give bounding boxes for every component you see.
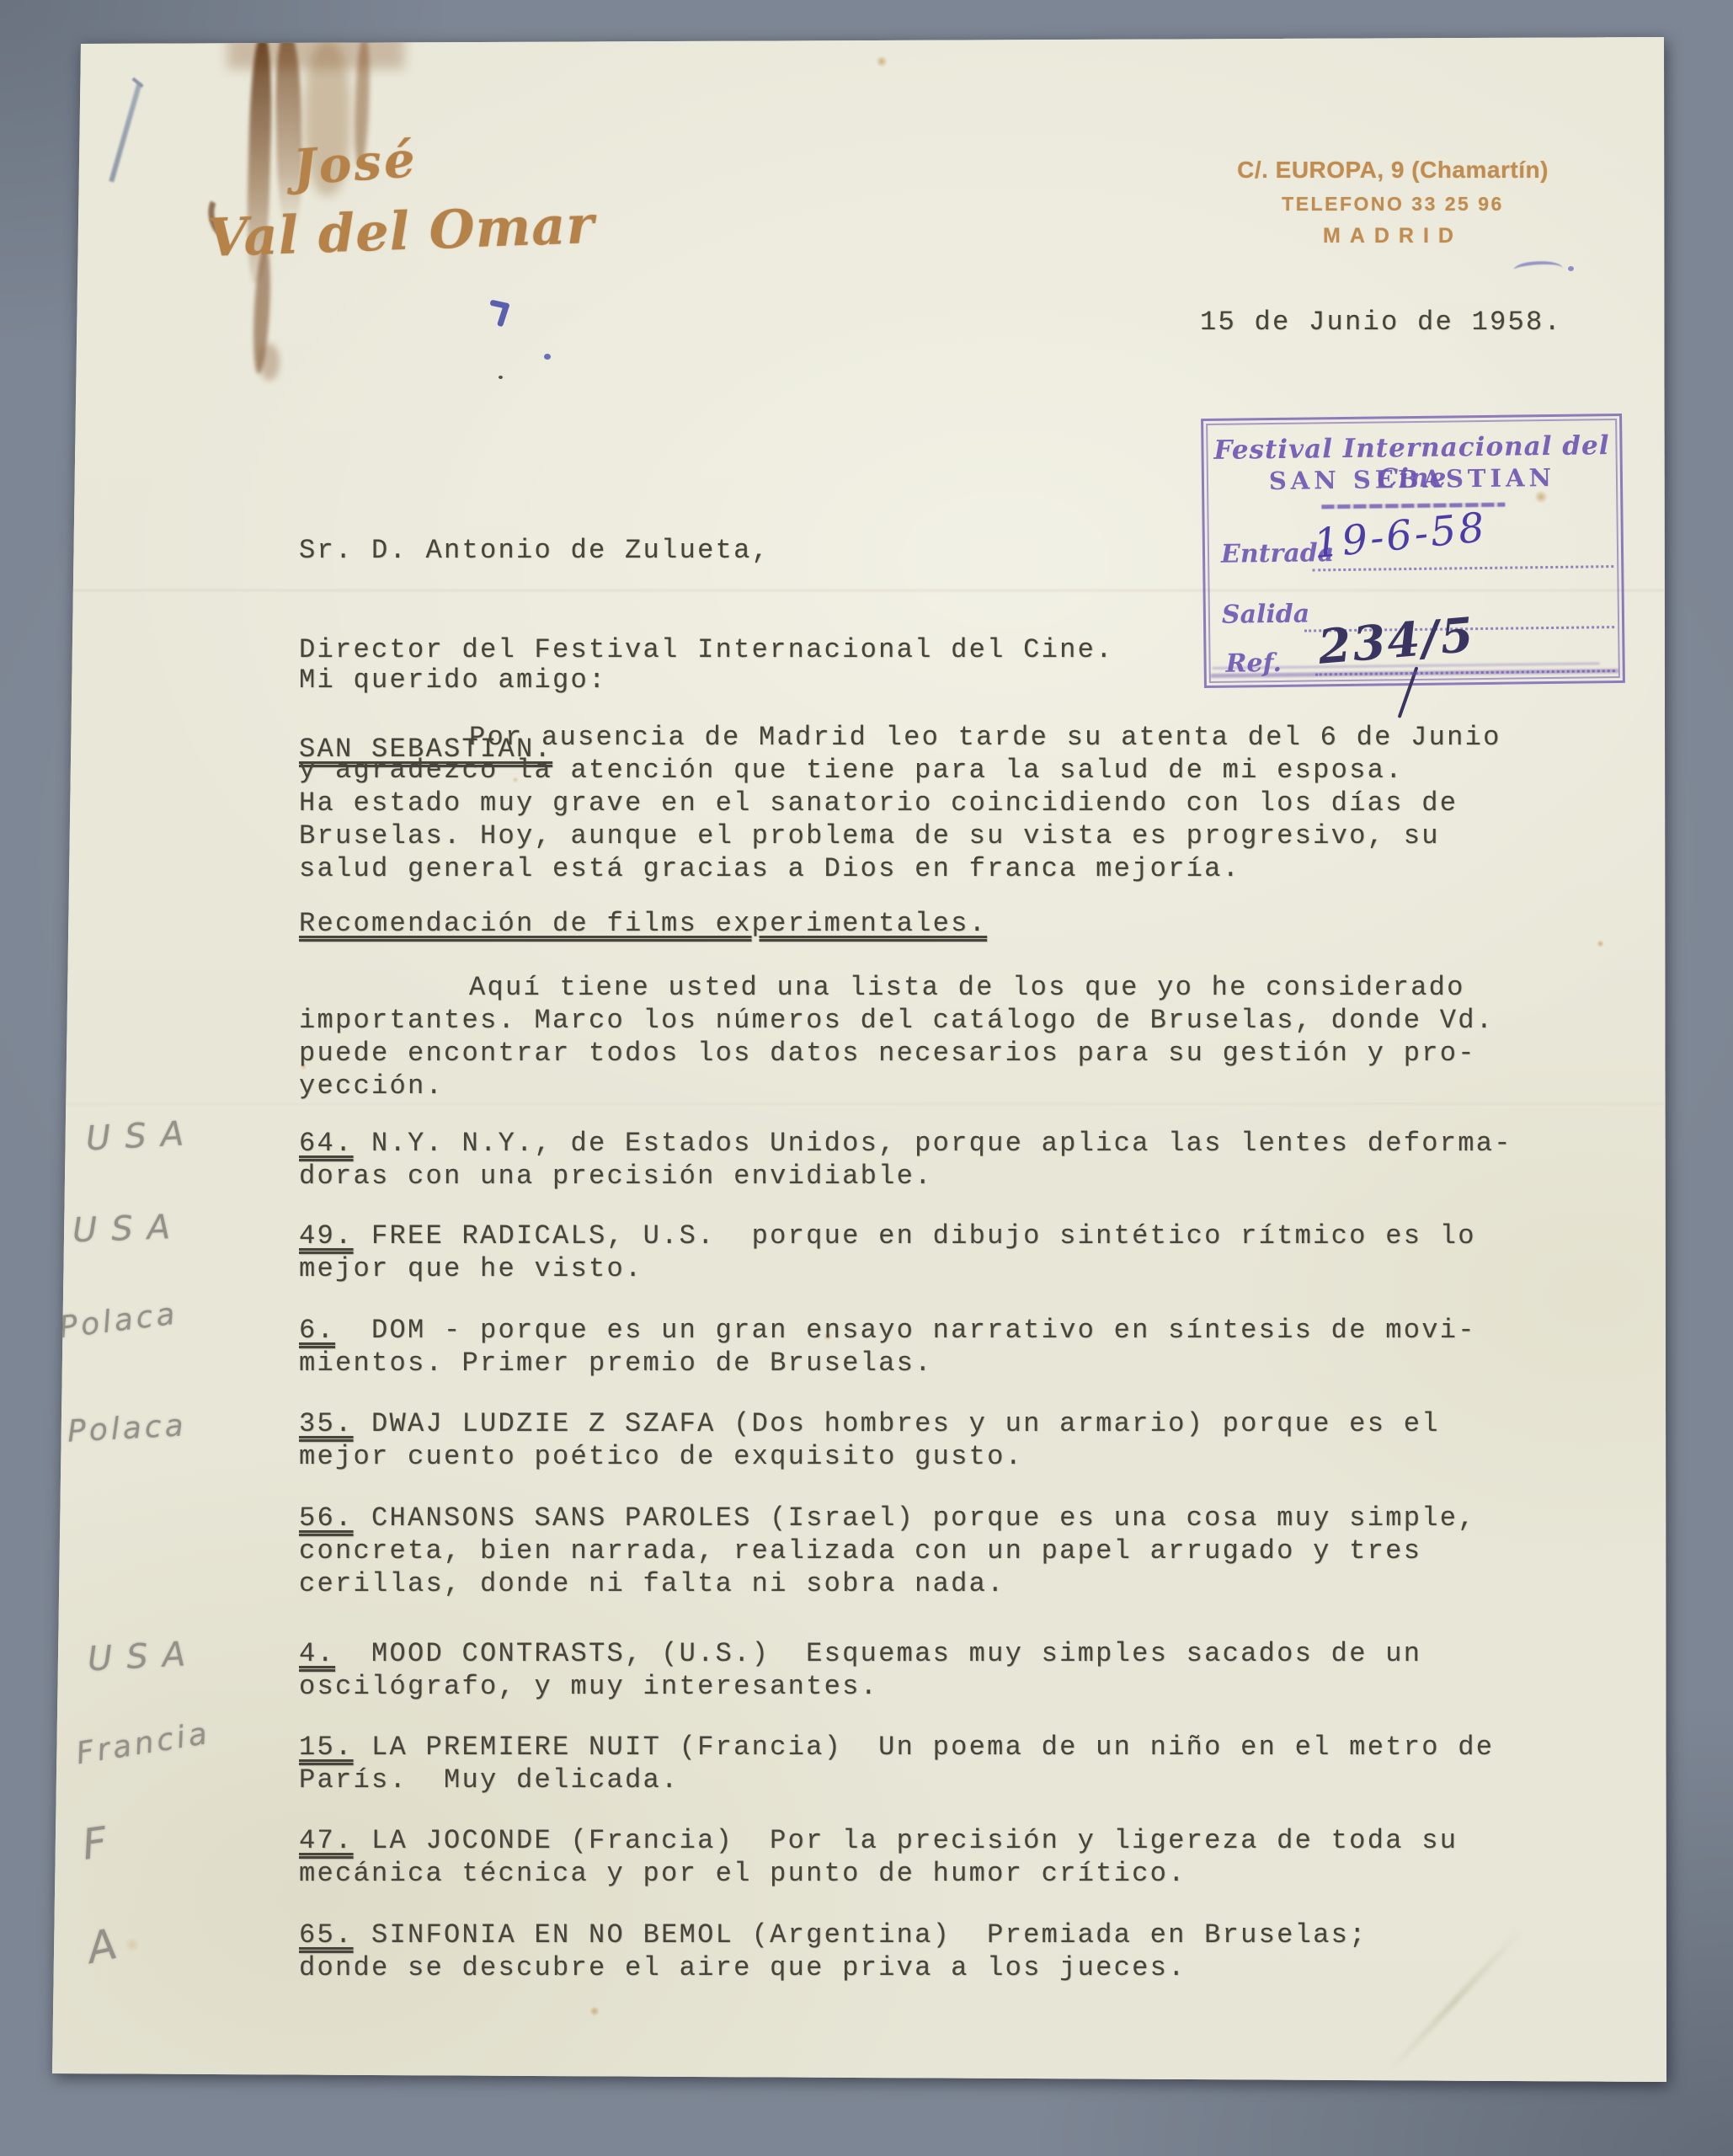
film-number: 56.: [299, 1502, 354, 1534]
letterhead-logo-first-name: José: [291, 131, 419, 196]
letterhead-street: C/. EUROPA, 9 (Chamartín): [1202, 157, 1583, 184]
section-heading: Recomendación de films experimentales.: [299, 907, 987, 940]
film-text: FREE RADICALS, U.S. porque en dibujo sin…: [299, 1220, 1476, 1284]
stamp-salida-label: Salida: [1222, 600, 1310, 630]
film-text: SINFONIA EN NO BEMOL (Argentina) Premiad…: [299, 1919, 1368, 1983]
foxing-spot: [125, 1937, 140, 1952]
foxing-spot: [1597, 940, 1604, 947]
film-text: DOM - porque es un gran ensayo narrativo…: [299, 1315, 1476, 1379]
letterhead-address: C/. EUROPA, 9 (Chamartín) TELEFONO 33 25…: [1202, 157, 1583, 248]
salutation: Mi querido amigo:: [299, 664, 607, 696]
scratch-mark: [109, 83, 141, 183]
ink-scribble-dot: [1568, 266, 1574, 271]
margin-note-country: A: [83, 1919, 121, 1973]
film-item: 4. MOOD CONTRASTS, (U.S.) Esquemas muy s…: [299, 1637, 1587, 1703]
foxing-spot: [589, 2006, 600, 2016]
film-text: DWAJ LUDZIE Z SZAFA (Dos hombres y un ar…: [299, 1408, 1440, 1472]
recipient-title: Director del Festival Internacional del …: [299, 633, 1114, 667]
film-number: 49.: [299, 1220, 354, 1251]
recipient-name: Sr. D. Antonio de Zulueta,: [299, 534, 1114, 568]
film-number: 15.: [299, 1732, 354, 1763]
margin-note-country: Polaca: [57, 1297, 180, 1346]
letterhead-telephone: TELEFONO 33 25 96: [1202, 193, 1583, 216]
film-item: 6. DOM - porque es un gran ensayo narrat…: [299, 1314, 1587, 1380]
film-text: N.Y. N.Y., de Estados Unidos, porque apl…: [299, 1128, 1512, 1192]
paper-shadow: José Val del Omar C/. EUROPA, 9 (Chamart…: [0, 0, 1733, 2156]
film-number: 65.: [299, 1919, 354, 1951]
date-line: 15 de Junio de 1958.: [1200, 306, 1562, 339]
margin-note-country: USA: [72, 1208, 185, 1251]
film-item: 49. FREE RADICALS, U.S. porque en dibujo…: [299, 1219, 1587, 1285]
margin-note-country: Polaca: [67, 1408, 188, 1449]
letter-page: José Val del Omar C/. EUROPA, 9 (Chamart…: [0, 0, 1733, 2156]
film-item: 64. N.Y. N.Y., de Estados Unidos, porque…: [299, 1127, 1587, 1193]
film-item: 47. LA JOCONDE (Francia) Por la precisió…: [299, 1824, 1587, 1890]
film-text: CHANSONS SANS PAROLES (Israel) porque es…: [299, 1502, 1476, 1599]
film-item: 65. SINFONIA EN NO BEMOL (Argentina) Pre…: [299, 1919, 1587, 1984]
film-text: MOOD CONTRASTS, (U.S.) Esquemas muy simp…: [299, 1638, 1421, 1702]
film-text: LA PREMIERE NUIT (Francia) Un poema de u…: [299, 1732, 1494, 1796]
film-number: 64.: [299, 1128, 354, 1159]
stamp-subtitle: SAN SEBASTIAN: [1202, 462, 1623, 496]
film-item: 56. CHANSONS SANS PAROLES (Israel) porqu…: [299, 1502, 1587, 1600]
film-number: 35.: [299, 1408, 354, 1439]
ink-scribble: [1513, 259, 1564, 280]
margin-note-country: USA: [85, 1114, 199, 1159]
film-item: 35. DWAJ LUDZIE Z SZAFA (Dos hombres y u…: [299, 1407, 1587, 1473]
ink-speck: [499, 376, 503, 379]
margin-note-country: Francia: [74, 1716, 213, 1772]
ink-dot: [544, 354, 551, 360]
letterhead-city: MADRID: [1202, 224, 1583, 248]
margin-note-country: USA: [87, 1635, 200, 1679]
film-text: LA JOCONDE (Francia) Por la precisión y …: [299, 1825, 1458, 1889]
scan-background: José Val del Omar C/. EUROPA, 9 (Chamart…: [0, 0, 1733, 2156]
film-number: 4.: [299, 1638, 335, 1669]
film-item: 15. LA PREMIERE NUIT (Francia) Un poema …: [299, 1731, 1587, 1796]
registry-stamp: Festival Internacional del Cine SAN SEBA…: [1201, 414, 1625, 688]
paragraph-list-intro: Aquí tiene usted una lista de los que yo…: [299, 971, 1570, 1102]
film-number: 6.: [299, 1315, 335, 1346]
margin-note-country: F: [79, 1817, 110, 1869]
paragraph-intro: Por ausencia de Madrid leo tarde su aten…: [299, 721, 1570, 885]
fold-crease: [54, 1103, 1664, 1107]
foxing-spot: [876, 56, 888, 67]
film-number: 47.: [299, 1825, 354, 1856]
